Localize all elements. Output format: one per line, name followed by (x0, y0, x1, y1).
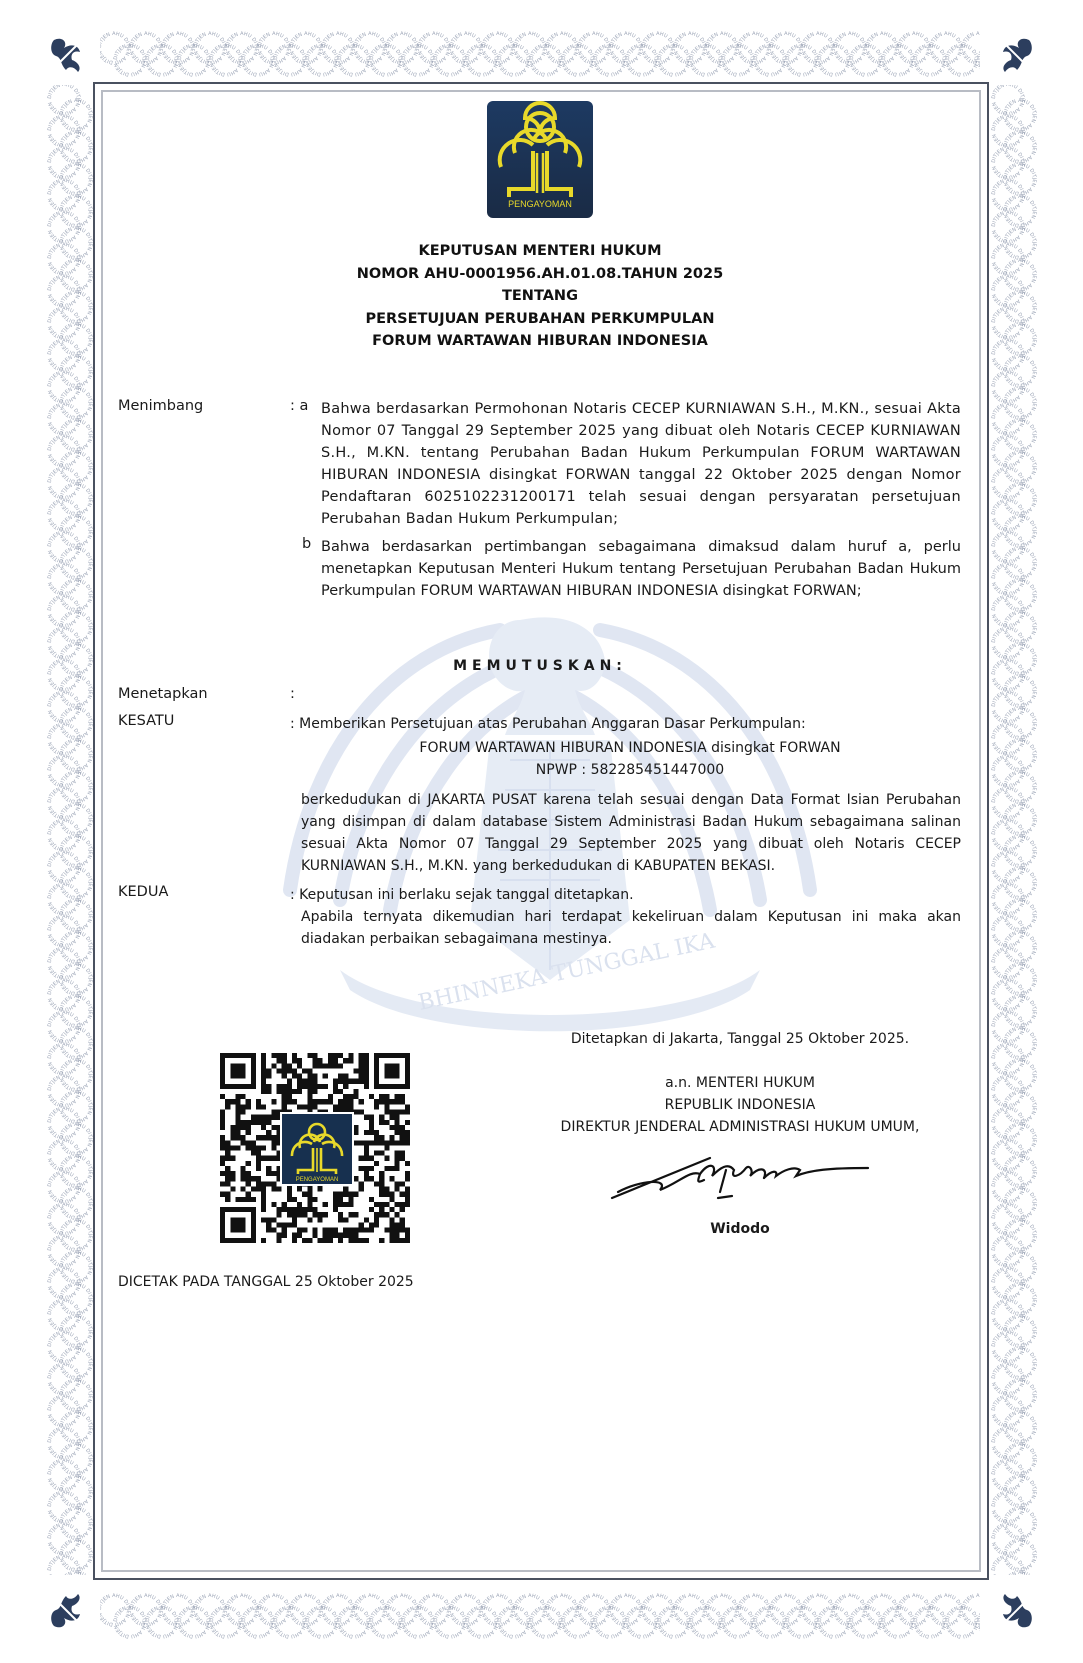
corner-ornament-icon (995, 34, 1035, 74)
pengayoman-logo-icon: PENGAYOMAN (487, 101, 593, 218)
kedua-label: KEDUA (118, 884, 168, 900)
kesatu-intro: : Memberikan Persetujuan atas Perubahan … (290, 713, 806, 735)
decree-number: NOMOR AHU-0001956.AH.01.08.TAHUN 2025 (100, 263, 980, 286)
kesatu-label: KESATU (118, 713, 174, 729)
title-line: TENTANG (100, 285, 980, 308)
border-pattern-left: DITJEN AHU DITJEN AHU DITJEN AHUDITJEN A… (44, 85, 94, 1575)
kedua-line1: : Keputusan ini berlaku sejak tanggal di… (290, 884, 634, 906)
menimbang-point-b: Bahwa berdasarkan pertimbangan sebagaima… (321, 536, 961, 602)
menimbang-point-a: Bahwa berdasarkan Permohonan Notaris CEC… (321, 398, 961, 530)
signatory-position: DIREKTUR JENDERAL ADMINISTRASI HUKUM UMU… (540, 1116, 940, 1138)
corner-ornament-icon (995, 1592, 1035, 1632)
printed-date: DICETAK PADA TANGGAL 25 Oktober 2025 (118, 1274, 414, 1290)
kedua-body: Apabila ternyata dikemudian hari terdapa… (301, 906, 961, 950)
menimbang-label: Menimbang (118, 398, 203, 414)
npwp-number: NPWP : 582285451447000 (300, 762, 960, 778)
memutuskan-heading: MEMUTUSKAN: (100, 658, 980, 674)
svg-text:PENGAYOMAN: PENGAYOMAN (296, 1177, 339, 1183)
menetapkan-label: Menetapkan (118, 686, 208, 702)
border-pattern-top: DITJEN AHU DITJEN AHU DITJEN AHUDITJEN A… (100, 30, 980, 80)
entity-name: FORUM WARTAWAN HIBURAN INDONESIA disingk… (300, 740, 960, 756)
border-pattern-right: DITJEN AHU DITJEN AHU DITJEN AHUDITJEN A… (990, 85, 1040, 1575)
decree-title: KEPUTUSAN MENTERI HUKUM NOMOR AHU-000195… (100, 240, 980, 353)
svg-text:PENGAYOMAN: PENGAYOMAN (508, 199, 572, 209)
on-behalf-of: a.n. MENTERI HUKUM (540, 1072, 940, 1094)
kesatu-body: berkedudukan di JAKARTA PUSAT karena tel… (301, 789, 961, 877)
menimbang-marker-b: b (302, 536, 311, 552)
corner-ornament-icon (48, 34, 88, 74)
title-line: PERSETUJUAN PERUBAHAN PERKUMPULAN (100, 308, 980, 331)
menetapkan-colon: : (290, 686, 295, 702)
menimbang-marker-a: : a (290, 398, 308, 414)
signatory-country: REPUBLIK INDONESIA (540, 1094, 940, 1116)
corner-ornament-icon (48, 1592, 88, 1632)
signature-icon (600, 1140, 880, 1210)
title-line: KEPUTUSAN MENTERI HUKUM (100, 240, 980, 263)
border-pattern-bottom: DITJEN AHU DITJEN AHU DITJEN AHUDITJEN A… (100, 1590, 980, 1640)
title-line: FORUM WARTAWAN HIBURAN INDONESIA (100, 330, 980, 353)
place-and-date: Ditetapkan di Jakarta, Tanggal 25 Oktobe… (540, 1028, 940, 1050)
signatory-name: Widodo (540, 1218, 940, 1240)
qr-pengayoman-logo-icon: PENGAYOMAN (280, 1112, 354, 1186)
